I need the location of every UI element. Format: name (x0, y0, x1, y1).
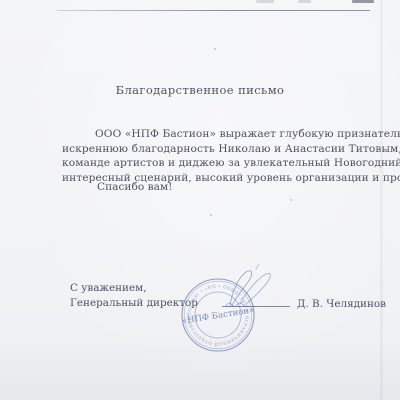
letterhead-remnant (298, 0, 311, 3)
thanks-line: Спасибо вам! (97, 181, 172, 193)
letter-title: Благодарственное письмо (0, 83, 400, 97)
letterhead-remnant (256, 0, 274, 3)
body-line: команде артистов и диджею за увлекательн… (62, 156, 373, 171)
letterhead-remnant (352, 0, 374, 3)
letter-body: ООО «НПФ Бастион» выражает глубокую приз… (62, 127, 373, 185)
body-line: ООО «НПФ Бастион» выражает глубокую приз… (62, 127, 373, 142)
scan-speck (290, 199, 292, 201)
scan-speck (214, 48, 216, 50)
handwritten-signature (212, 262, 296, 317)
scan-speck (210, 214, 212, 216)
body-line: искреннюю благодарность Николаю и Анаста… (62, 142, 373, 157)
signature-line (222, 306, 290, 307)
director-name: Д. В. Челядинов (297, 298, 386, 310)
scanned-letter-page: Благодарственное письмо ООО «НПФ Бастион… (0, 0, 400, 400)
letterhead-rule (57, 10, 370, 11)
